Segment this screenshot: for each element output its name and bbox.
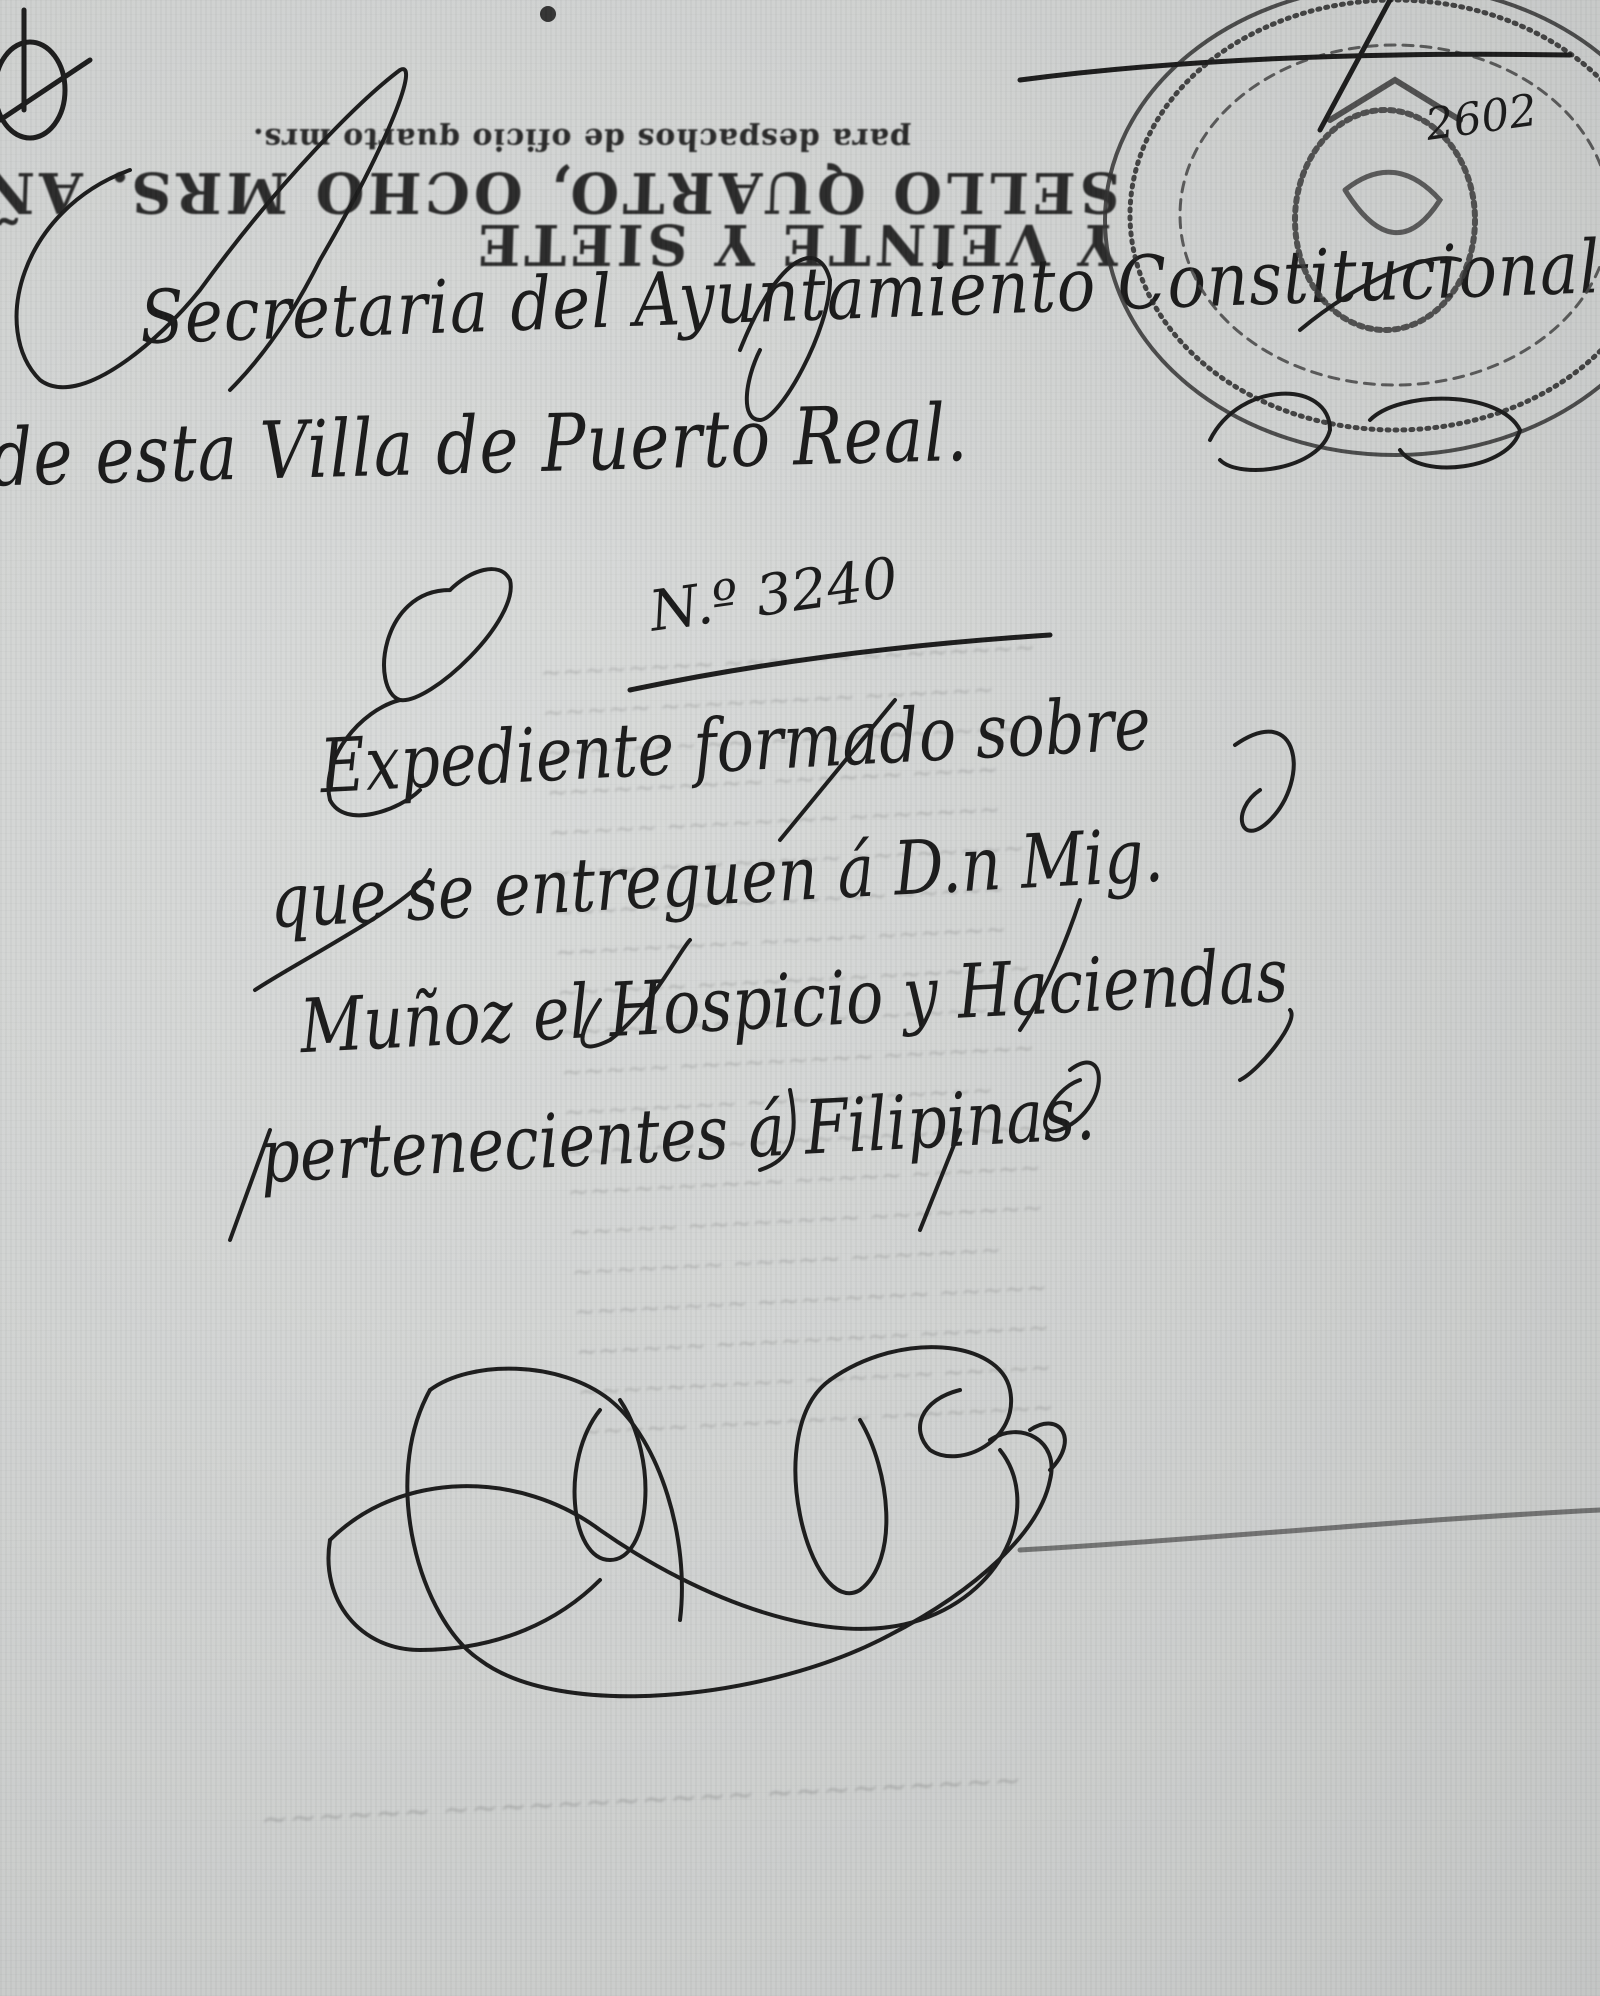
- descender-pertenecientes: [230, 1130, 270, 1240]
- ink-drawings: 2602: [0, 0, 1600, 1996]
- flourish-ayuntamiento: [740, 258, 830, 420]
- number-underline: [630, 635, 1050, 690]
- flourish-expediente: [328, 700, 420, 815]
- flourish-secretaria: [17, 69, 407, 390]
- flourish-constitucional: [1300, 258, 1460, 330]
- descender-s: [1240, 1010, 1292, 1080]
- descender-g2: [1020, 900, 1080, 1030]
- flourish-puerto-real-2: [1370, 399, 1520, 468]
- flourish-e-loop: [384, 569, 511, 700]
- ink-dot: [540, 6, 556, 22]
- descender-filipinas: [920, 1130, 960, 1230]
- descender-q: [255, 870, 430, 990]
- circle-cross-mark-icon: [0, 10, 90, 138]
- strike-line: [1020, 54, 1570, 80]
- flourish-sobre: [1235, 732, 1294, 831]
- document-page: ~~~~~~~~ ~~~~~~ ~~~~~~~~ ~~~~~ ~~~~~~~~~…: [0, 0, 1600, 1996]
- descender-f: [780, 700, 895, 840]
- seal-number: 2602: [1421, 85, 1540, 151]
- descender-p: [760, 1090, 794, 1170]
- flourish-haciendas: [1045, 1063, 1099, 1132]
- descender-g: [583, 940, 691, 1046]
- rubric-flourish: [328, 1347, 1600, 1696]
